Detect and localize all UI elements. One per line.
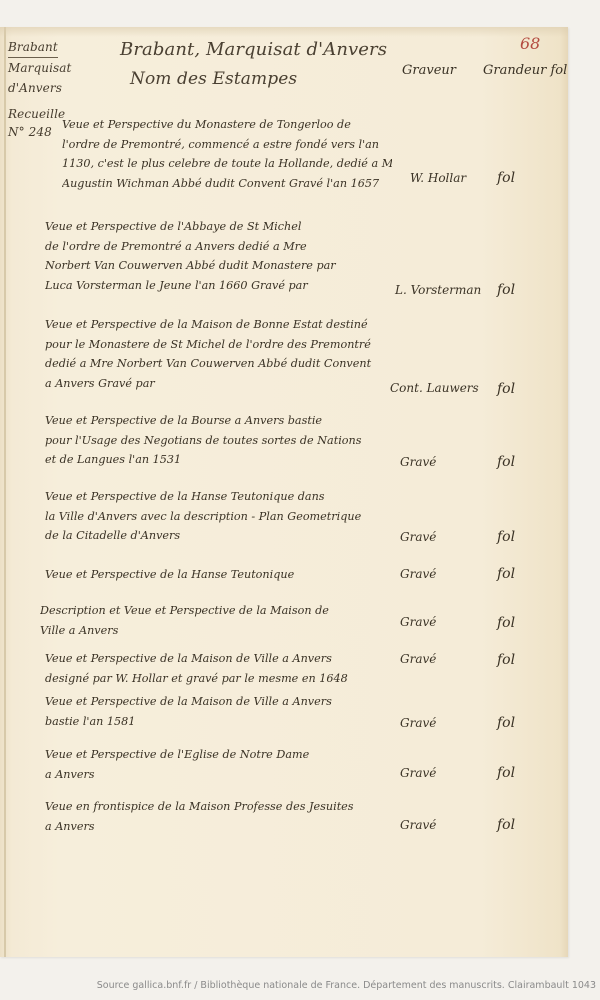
margin-note-line: Recueille [8, 107, 65, 121]
entry-line: Veue et Perspective de l'Eglise de Notre… [45, 745, 405, 765]
entry-line: l'ordre de Premontré, commencé a estre f… [62, 135, 392, 155]
entry-line: pour le Monastere de St Michel de l'ordr… [45, 335, 405, 355]
entry-line: de la Citadelle d'Anvers [45, 526, 405, 546]
entry-line: Description et Veue et Perspective de la… [40, 601, 400, 621]
entry-engraver: W. Hollar [410, 171, 466, 185]
scan-viewer: Brabant Marquisat d'Anvers Recueille N° … [0, 0, 600, 1000]
page-subtitle: Nom des Estampes [130, 69, 297, 89]
catalog-entry: Veue et Perspective du Monastere de Tong… [62, 115, 392, 193]
catalog-entry: Veue et Perspective de la Bourse a Anver… [45, 411, 405, 470]
entry-format: fol [497, 381, 515, 397]
entry-line: Veue et Perspective de la Maison de Vill… [45, 649, 405, 669]
entry-format: fol [497, 817, 515, 833]
entry-engraver: Gravé [400, 766, 436, 780]
entry-line: Veue et Perspective de la Maison de Bonn… [45, 315, 405, 335]
entry-line: Veue en frontispice de la Maison Profess… [45, 797, 405, 817]
entry-format: fol [497, 282, 515, 298]
catalog-entry: Veue et Perspective de l'Abbaye de St Mi… [45, 217, 405, 295]
column-header-engraver: Graveur [402, 63, 456, 78]
folio-number: 68 [520, 34, 540, 53]
catalog-entry: Veue et Perspective de la Maison de Vill… [45, 649, 405, 688]
entry-line: a Anvers [45, 765, 405, 785]
entry-line: a Anvers [45, 817, 405, 837]
catalog-entry: Veue et Perspective de la Hanse Teutoniq… [45, 565, 405, 585]
entry-format: fol [497, 715, 515, 731]
entry-format: fol [497, 615, 515, 631]
catalog-entry: Veue et Perspective de l'Eglise de Notre… [45, 745, 405, 784]
entry-engraver: Gravé [400, 652, 436, 666]
entry-engraver: L. Vorsterman [395, 283, 481, 297]
entry-format: fol [497, 529, 515, 545]
entry-line: a Anvers Gravé par [45, 374, 405, 394]
entry-format: fol [497, 170, 515, 186]
entry-line: de l'ordre de Premontré a Anvers dedié a… [45, 237, 405, 257]
margin-note-line: d'Anvers [8, 81, 62, 95]
entry-engraver: Gravé [400, 818, 436, 832]
entry-engraver: Cont. Lauwers [390, 381, 479, 395]
catalog-entry: Veue et Perspective de la Maison de Vill… [45, 692, 405, 731]
page-title: Brabant, Marquisat d'Anvers [120, 39, 387, 60]
entry-engraver: Gravé [400, 567, 436, 581]
entry-format: fol [497, 652, 515, 668]
entry-line: bastie l'an 1581 [45, 712, 405, 732]
entry-format: fol [497, 566, 515, 582]
catalog-entry: Veue et Perspective de la Maison de Bonn… [45, 315, 405, 393]
entry-engraver: Gravé [400, 615, 436, 629]
entry-line: Luca Vorsterman le Jeune l'an 1660 Gravé… [45, 276, 405, 296]
source-caption: Source gallica.bnf.fr / Bibliothèque nat… [97, 980, 596, 991]
catalog-entry: Veue et Perspective de la Hanse Teutoniq… [45, 487, 405, 546]
margin-note-line: Marquisat [8, 61, 71, 75]
entry-line: Ville a Anvers [40, 621, 400, 641]
entry-format: fol [497, 765, 515, 781]
entry-line: designé par W. Hollar et gravé par le me… [45, 669, 405, 689]
catalog-entry: Veue en frontispice de la Maison Profess… [45, 797, 405, 836]
entry-line: 1130, c'est le plus celebre de toute la … [62, 154, 392, 174]
entry-line: la Ville d'Anvers avec la description - … [45, 507, 405, 527]
entry-line: Veue et Perspective de l'Abbaye de St Mi… [45, 217, 405, 237]
entry-engraver: Gravé [400, 530, 436, 544]
catalog-entry: Description et Veue et Perspective de la… [40, 601, 400, 640]
column-header-format: Grandeur fol [483, 63, 567, 78]
entry-line: Veue et Perspective du Monastere de Tong… [62, 115, 392, 135]
entry-line: Veue et Perspective de la Bourse a Anver… [45, 411, 405, 431]
entry-line: Veue et Perspective de la Hanse Teutoniq… [45, 487, 405, 507]
entry-engraver: Gravé [400, 455, 436, 469]
entry-format: fol [497, 454, 515, 470]
entry-line: Veue et Perspective de la Maison de Vill… [45, 692, 405, 712]
margin-note-line: Brabant [8, 37, 58, 58]
entry-line: et de Langues l'an 1531 [45, 450, 405, 470]
entry-line: dedié a Mre Norbert Van Couwerven Abbé d… [45, 354, 405, 374]
entry-line: Veue et Perspective de la Hanse Teutoniq… [45, 565, 405, 585]
manuscript-page: Brabant Marquisat d'Anvers Recueille N° … [0, 27, 568, 957]
entry-line: Norbert Van Couwerven Abbé dudit Monaste… [45, 256, 405, 276]
entry-engraver: Gravé [400, 716, 436, 730]
margin-note-line: N° 248 [8, 125, 52, 139]
entry-line: Augustin Wichman Abbé dudit Convent Grav… [62, 174, 392, 194]
entry-line: pour l'Usage des Negotians de toutes sor… [45, 431, 405, 451]
